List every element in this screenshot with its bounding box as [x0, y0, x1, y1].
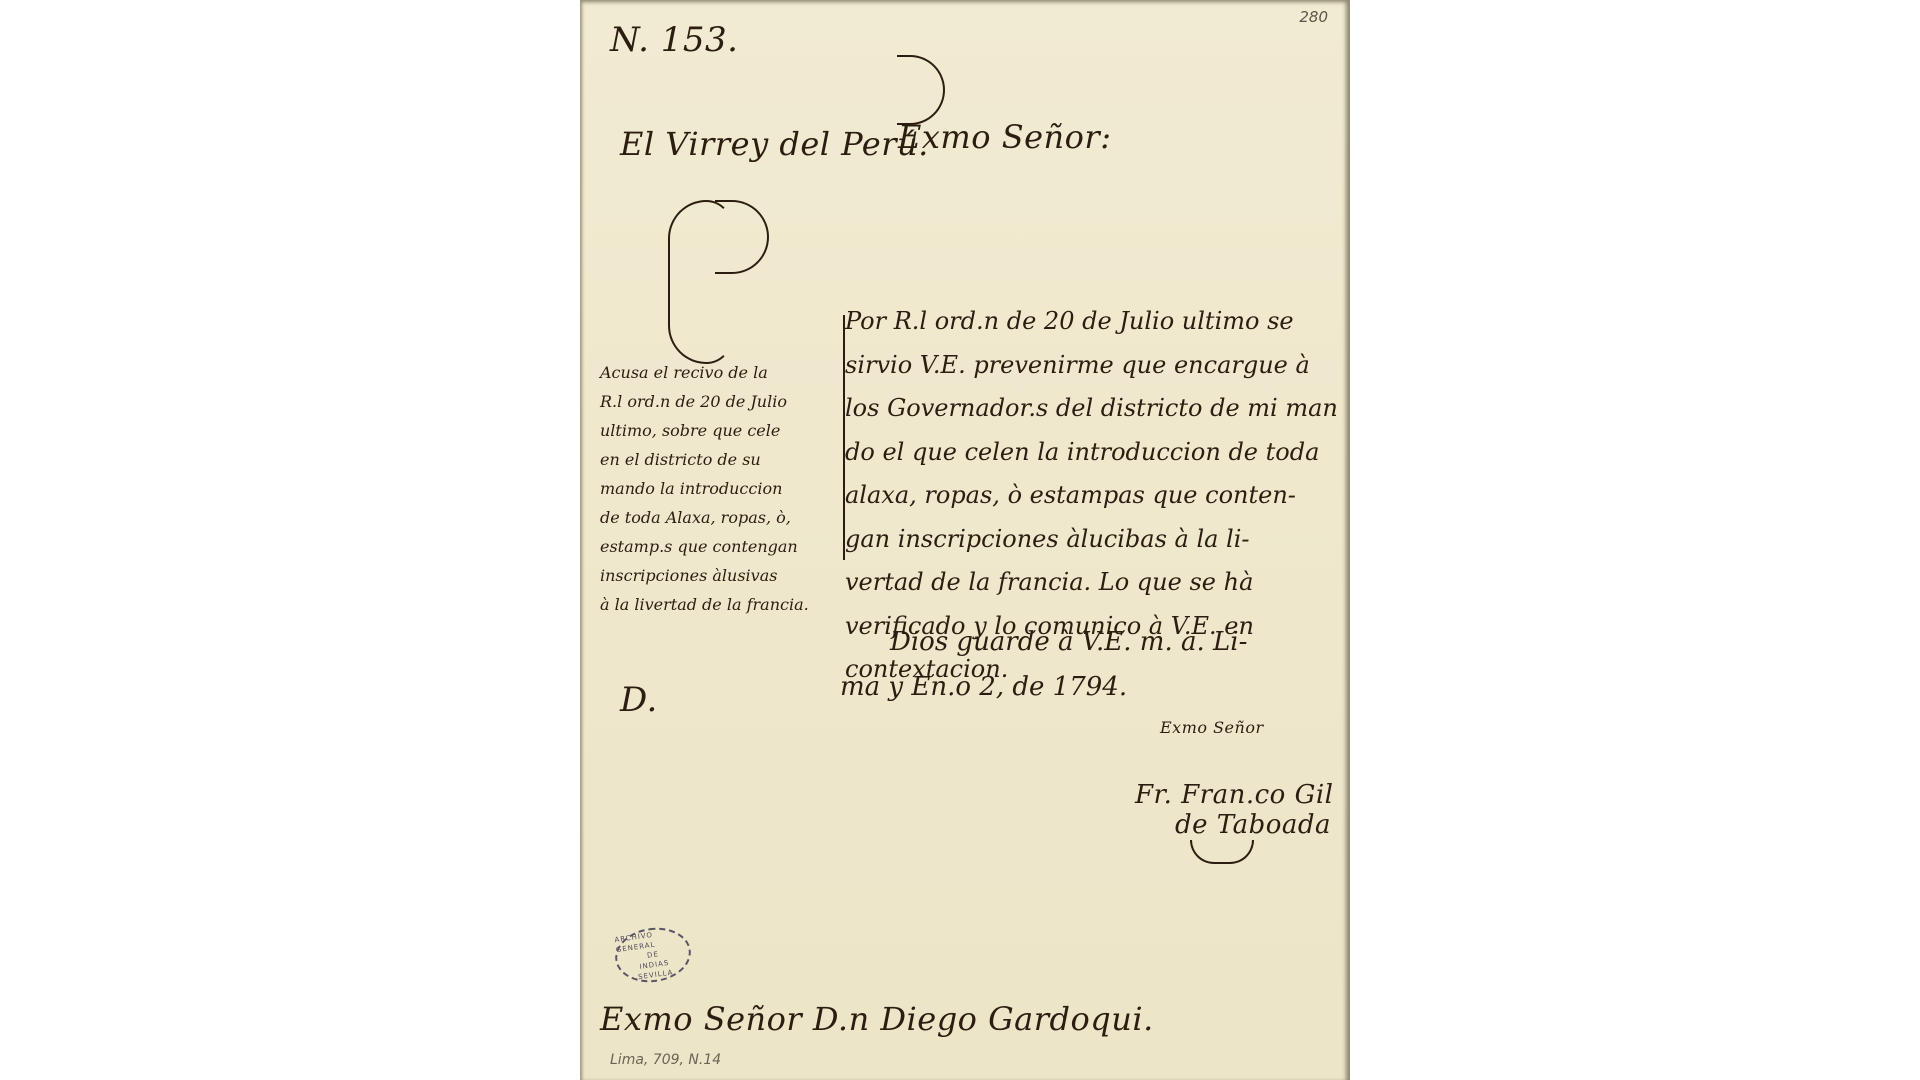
margin-line: mando la introduccion: [600, 474, 845, 503]
body-line: sirvio V.E. prevenirme que encargue à: [845, 344, 1345, 388]
margin-line: de toda Alaxa, ropas, ò,: [600, 503, 845, 532]
salutation: Exmo Señor:: [898, 118, 1112, 156]
signature-line: de Taboada: [1135, 810, 1334, 840]
archive-stamp-icon: ARCHIVO GENERAL DE INDIAS SEVILLA: [612, 923, 695, 987]
initial-capital-p-loop-icon: [715, 200, 769, 274]
closing-line: ma y En.o 2, de 1794.: [840, 665, 1247, 710]
margin-line: Acusa el recivo de la: [600, 358, 845, 387]
margin-line: inscripciones àlusivas: [600, 561, 845, 590]
archive-reference: Lima, 709, N.14: [610, 1052, 721, 1068]
signature: Fr. Fran.co Gil de Taboada: [1135, 780, 1334, 840]
margin-summary-note: Acusa el recivo de la R.l ord.n de 20 de…: [600, 358, 845, 619]
margin-line: en el districto de su: [600, 445, 845, 474]
closing-formula: Dios guarde à V.E. m. a. Li- ma y En.o 2…: [840, 620, 1247, 710]
addressee: Exmo Señor D.n Diego Gardoqui.: [600, 1000, 1154, 1038]
folio-number: 280: [1299, 8, 1328, 26]
manuscript-page: 280 N. 153. El Virrey del Perú. Exmo Señ…: [580, 0, 1350, 1080]
margin-line: R.l ord.n de 20 de Julio: [600, 387, 845, 416]
margin-line: estamp.s que contengan: [600, 532, 845, 561]
closing-line: Dios guarde à V.E. m. a. Li-: [840, 620, 1247, 665]
body-line: do el que celen la introduccion de toda: [845, 431, 1345, 475]
document-number-heading: N. 153.: [610, 20, 738, 60]
body-line: Por R.l ord.n de 20 de Julio ultimo se: [845, 300, 1345, 344]
margin-line: ultimo, sobre que cele: [600, 416, 845, 445]
sender-title: El Virrey del Perú.: [620, 125, 929, 163]
flourish-icon: [897, 55, 945, 125]
signature-line: Fr. Fran.co Gil: [1135, 780, 1334, 810]
body-line: vertad de la francia. Lo que se hà: [845, 561, 1345, 605]
margin-mark: D.: [620, 680, 658, 720]
rubric-note: Exmo Señor: [1160, 718, 1264, 737]
body-line: alaxa, ropas, ò estampas que conten-: [845, 474, 1345, 518]
margin-line: à la livertad de la francia.: [600, 590, 845, 619]
body-line: gan inscripciones àlucibas à la li-: [845, 518, 1345, 562]
body-line: los Governador.s del districto de mi man: [845, 387, 1345, 431]
signature-flourish-icon: [1190, 840, 1254, 864]
